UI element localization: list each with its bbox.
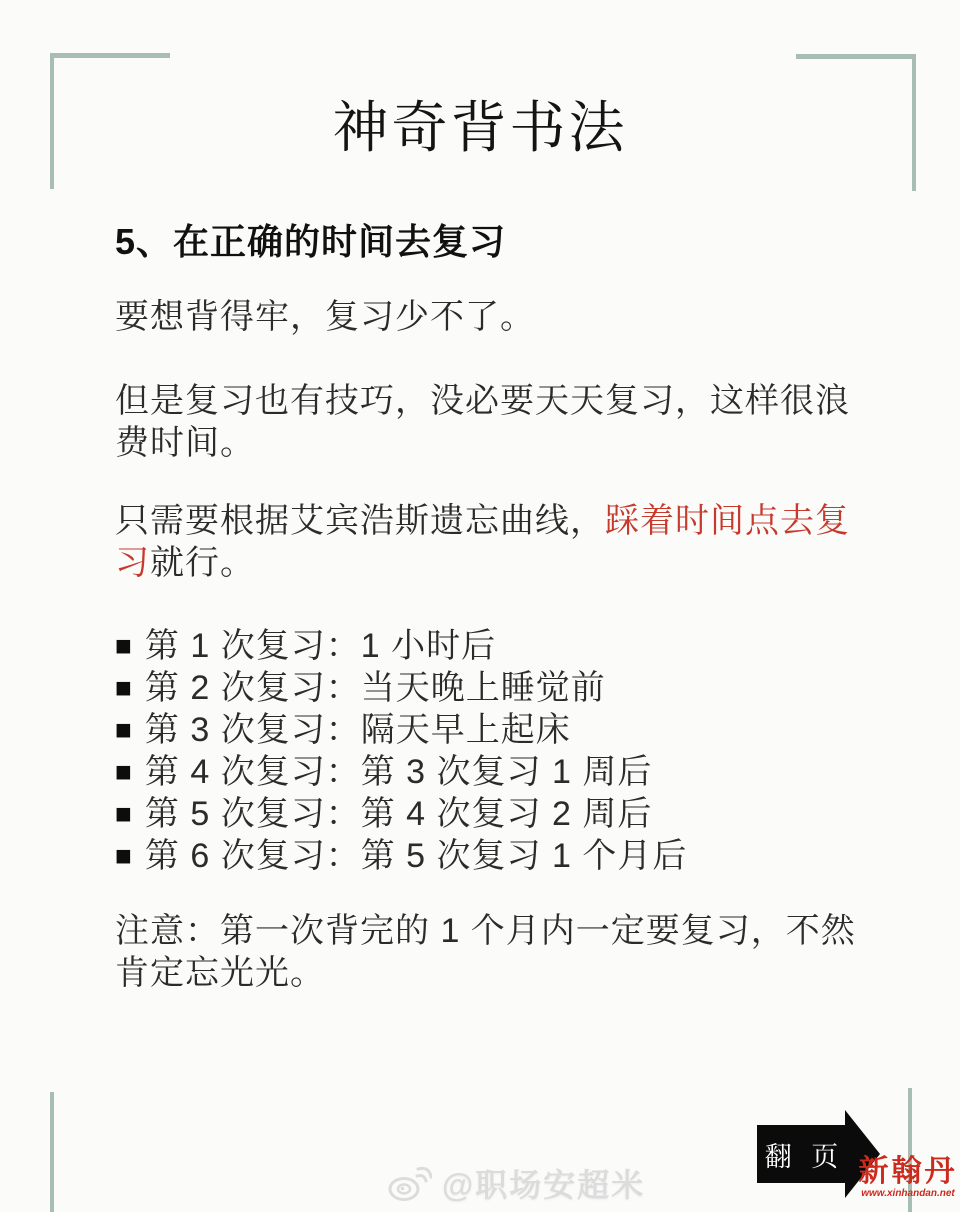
square-bullet-icon: ■ [115,710,133,750]
square-bullet-icon: ■ [115,836,133,876]
curve-text-black: 只需要根据艾宾浩斯遗忘曲线， [115,502,605,540]
paragraph-intro: 要想背得牢，复习少不了。 [115,296,875,338]
list-item: ■第 1 次复习：1 小时后 [115,626,915,668]
square-bullet-icon: ■ [115,626,133,666]
study-tips-card: 神奇背书法 5、在正确的时间去复习 要想背得牢，复习少不了。 但是复习也有技巧，… [0,0,960,1212]
square-bullet-icon: ■ [115,794,133,834]
list-item: ■第 4 次复习：第 3 次复习 1 周后 [115,752,915,794]
page-title: 神奇背书法 [0,84,960,164]
list-item-text: 第 6 次复习：第 5 次复习 1 个月后 [145,837,687,875]
corner-bracket-bottom-left [50,1092,54,1212]
square-bullet-icon: ■ [115,668,133,708]
list-item: ■第 3 次复习：隔天早上起床 [115,710,915,752]
section-heading: 5、在正确的时间去复习 [115,214,875,265]
page-turn-arrow-body: 翻 页 [757,1125,846,1183]
curve-text-black-end: 就行。 [150,544,255,582]
review-schedule-list: ■第 1 次复习：1 小时后 ■第 2 次复习：当天晚上睡觉前 ■第 3 次复习… [115,626,915,878]
list-item: ■第 5 次复习：第 4 次复习 2 周后 [115,794,915,836]
list-item-text: 第 1 次复习：1 小时后 [145,627,496,665]
weibo-watermark: @职场安超米 [388,1160,645,1206]
list-item-text: 第 2 次复习：当天晚上睡觉前 [145,669,606,707]
note-paragraph: 注意：第一次背完的 1 个月内一定要复习，不然肯定忘光光。 [115,910,875,994]
page-turn-label: 翻 页 [759,1135,845,1174]
list-item-text: 第 4 次复习：第 3 次复习 1 周后 [145,753,652,791]
logo-url: www.xinhandan.net [856,1188,960,1200]
weibo-icon [388,1165,432,1201]
corner-bracket-top-right [796,54,916,59]
list-item: ■第 6 次复习：第 5 次复习 1 个月后 [115,836,915,878]
corner-bracket-top-left [50,53,170,58]
paragraph-curve: 只需要根据艾宾浩斯遗忘曲线，踩着时间点去复习就行。 [115,500,875,584]
watermark-handle: @职场安超米 [442,1160,645,1206]
list-item: ■第 2 次复习：当天晚上睡觉前 [115,668,915,710]
logo-name: 新翰丹 [856,1156,960,1188]
square-bullet-icon: ■ [115,752,133,792]
xinhandan-logo: 新翰丹 www.xinhandan.net [856,1156,960,1200]
list-item-text: 第 3 次复习：隔天早上起床 [145,711,571,749]
paragraph-tip: 但是复习也有技巧，没必要天天复习，这样很浪费时间。 [115,380,875,464]
list-item-text: 第 5 次复习：第 4 次复习 2 周后 [145,795,652,833]
